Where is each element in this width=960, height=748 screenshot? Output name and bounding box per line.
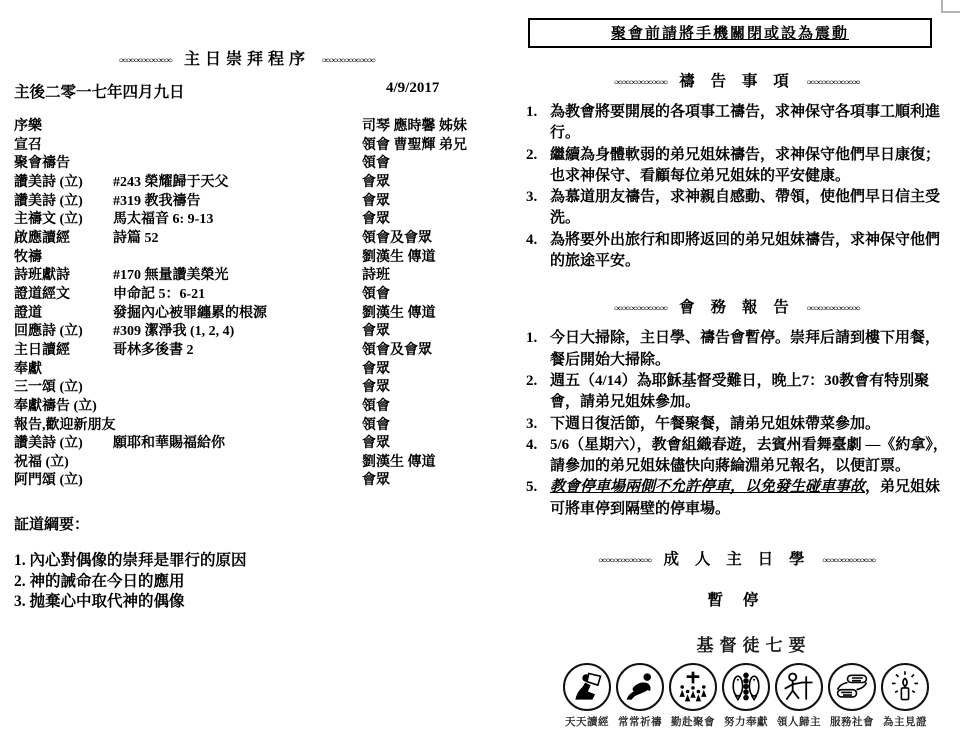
program-row: 牧禱 劉漢生 傳道 [14,249,480,268]
essential-offering: 努力奉獻 [721,663,771,729]
program-item-detail [113,118,362,137]
prayer-item-number: 4. [520,230,550,273]
worship-program-header: ∞∞∞∞∞∞∞ 主日崇拜程序 ∞∞∞∞∞∞∞ [14,50,480,70]
program-item-detail: 發掘內心被罪纏累的根源 [113,305,362,324]
program-item-person: 司琴 應時馨 姊妹 [362,118,480,137]
program-row: 祝福 (立) 劉漢生 傳道 [14,454,480,473]
essential-label: 天天讀經 [565,714,609,729]
order-of-worship-list: 序樂 司琴 應時馨 姊妹 宣召 領會 曹聖輝 弟兄 聚會禱告 領會 讚美詩 (立… [14,118,480,491]
phone-notice-box: 聚會前請將手機關閉或設為震動 [528,18,932,48]
program-item-label: 序樂 [14,118,113,137]
service-date-row: 主後二零一七年四月九日 4/9/2017 [14,80,480,100]
report-item-number: 5. [520,477,550,520]
report-item-text: 5/6（星期六），教會組織春遊，去賓州看舞臺劇 —《約拿》，請參加的弟兄姐妹儘快… [550,435,952,478]
essential-label: 常常祈禱 [618,714,662,729]
program-item-detail [113,472,362,491]
program-row: 序樂 司琴 應時馨 姊妹 [14,118,480,137]
program-item-person: 會眾 [362,174,480,193]
seven-essentials-icons-row: 天天讀經 常常祈禱 [520,663,954,729]
prayer-item: 1. 為教會將要開展的各項事工禱告，求神保守各項事工順利進行。 [520,102,952,145]
program-item-detail [113,398,362,417]
service-date-chinese: 主後二零一七年四月九日 [14,84,185,101]
program-item-person: 領會及會眾 [362,342,480,361]
sunday-school-title: 成 人 主 日 學 [663,550,810,570]
program-item-person: 會眾 [362,193,480,212]
report-item-text: 教會停車場兩側不允許停車，以免發生碰車事故，弟兄姐妹可將車停到隔壁的停車場。 [550,477,952,520]
program-item-detail: #319 教我禱告 [113,193,362,212]
scroll-ornament-left: ∞∞∞∞∞∞∞ [119,53,172,68]
scroll-ornament-right: ∞∞∞∞∞∞∞ [823,553,876,568]
essential-label: 服務社會 [830,714,874,729]
program-item-label: 祝福 (立) [14,454,113,473]
prayer-items-list: 1. 為教會將要開展的各項事工禱告，求神保守各項事工順利進行。 2. 繼續為身體… [520,102,954,272]
program-row: 讚美詩 (立) #319 教我禱告 會眾 [14,193,480,212]
program-item-detail [113,417,362,436]
phone-notice-text: 聚會前請將手機關閉或設為震動 [611,26,849,42]
report-item-number: 1. [520,328,550,371]
scroll-ornament-left: ∞∞∞∞∞∞∞ [614,301,667,316]
announcements-page: 聚會前請將手機關閉或設為震動 ∞∞∞∞∞∞∞ 禱 告 事 項 ∞∞∞∞∞∞∞ 1… [520,0,954,729]
emphasized-text: 教會停車場兩側不允許停車，以免發生碰車事故 [550,479,865,495]
report-item: 4. 5/6（星期六），教會組織春遊，去賓州看舞臺劇 —《約拿》，請參加的弟兄姐… [520,435,952,478]
program-item-person: 劉漢生 傳道 [362,249,480,268]
report-item: 2. 週五（4/14）為耶穌基督受難日，晚上7：30教會有特別聚會，請弟兄姐妹參… [520,371,952,414]
worship-program-title: 主日崇拜程序 [184,50,310,70]
program-item-person: 會眾 [362,211,480,230]
program-item-detail: 哥林多後書 2 [113,342,362,361]
prayer-item: 3. 為慕道朋友禱告，求神親自感動、帶領，使他們早日信主受洗。 [520,187,952,230]
essential-label: 領人歸主 [777,714,821,729]
program-row: 宣召 領會 曹聖輝 弟兄 [14,137,480,156]
program-item-label: 宣召 [14,137,113,156]
program-item-label: 報告,歡迎新朋友 [14,417,113,436]
program-row: 阿門頌 (立) 會眾 [14,472,480,491]
program-row: 證道 發掘內心被罪纏累的根源 劉漢生 傳道 [14,305,480,324]
program-item-person: 會眾 [362,323,480,342]
program-item-detail [113,379,362,398]
essential-label: 為主見證 [883,714,927,729]
cross-congregation-icon [669,663,717,711]
program-item-label: 阿門頌 (立) [14,472,113,491]
program-item-label: 證道 [14,305,113,324]
program-item-label: 三一頌 (立) [14,379,113,398]
essential-label: 勤赴聚會 [671,714,715,729]
report-item-text: 下週日復活節，午餐聚餐，請弟兄姐妹帶菜參加。 [550,414,952,435]
report-item: 1. 今日大掃除，主日學、禱告會暫停。崇拜后請到樓下用餐，餐后開始大掃除。 [520,328,952,371]
report-item: 3. 下週日復活節，午餐聚餐，請弟兄姐妹帶菜參加。 [520,414,952,435]
program-item-detail: 詩篇 52 [113,230,362,249]
program-item-person: 會眾 [362,472,480,491]
program-item-person: 會眾 [362,361,480,380]
sunday-school-status: 暫 停 [520,588,954,610]
prayer-item-number: 2. [520,145,550,188]
prayer-item-text: 繼續為身體軟弱的弟兄姐妹禱告，求神保守他們早日康復；也求神保守、看顧每位弟兄姐妹… [550,145,952,188]
program-item-detail: 馬太福音 6: 9-13 [113,211,362,230]
program-item-detail: 願耶和華賜福給你 [113,435,362,454]
candle-witness-icon [881,663,929,711]
program-row: 奉獻禱告 (立) 領會 [14,398,480,417]
report-item-text: 週五（4/14）為耶穌基督受難日，晚上7：30教會有特別聚會，請弟兄姐妹參加。 [550,371,952,414]
sermon-outline-list: 1. 內心對偶像的崇拜是罪行的原因 2. 神的誡命在今日的應用 3. 抛棄心中取… [14,551,480,613]
program-item-label: 奉獻 [14,361,113,380]
report-item-number: 2. [520,371,550,414]
essential-gathering: 勤赴聚會 [668,663,718,729]
program-row: 奉獻 會眾 [14,361,480,380]
report-item-number: 4. [520,435,550,478]
program-item-label: 讚美詩 (立) [14,435,113,454]
essential-witness: 為主見證 [880,663,930,729]
scroll-ornament-right: ∞∞∞∞∞∞∞ [807,301,860,316]
prayer-section-title: 禱 告 事 項 [679,72,795,92]
program-item-person: 領會 [362,417,480,436]
program-item-detail: #309 潔淨我 (1, 2, 4) [113,323,362,342]
program-item-detail: 申命記 5：6-21 [113,286,362,305]
program-row: 讚美詩 (立) 願耶和華賜福給你 會眾 [14,435,480,454]
essential-bible-reading: 天天讀經 [562,663,612,729]
prayer-item: 4. 為將要外出旅行和即將返回的弟兄姐妹禱告，求神保守他們的旅途平安。 [520,230,952,273]
program-item-label: 詩班獻詩 [14,267,113,286]
sermon-outline-item: 3. 抛棄心中取代神的偶像 [14,592,480,613]
sermon-outline-item: 1. 內心對偶像的崇拜是罪行的原因 [14,551,480,572]
worship-program-page: ∞∞∞∞∞∞∞ 主日崇拜程序 ∞∞∞∞∞∞∞ 主後二零一七年四月九日 4/9/2… [14,50,480,613]
program-item-detail [113,137,362,156]
sermon-outline-title: 証道綱要： [14,515,480,535]
report-item-text: 今日大掃除，主日學、禱告會暫停。崇拜后請到樓下用餐，餐后開始大掃除。 [550,328,952,371]
program-item-detail [113,454,362,473]
essential-label: 努力奉獻 [724,714,768,729]
program-item-label: 聚會禱告 [14,155,113,174]
program-item-person: 會眾 [362,379,480,398]
serving-hands-icon [828,663,876,711]
program-row: 三一頌 (立) 會眾 [14,379,480,398]
program-row: 證道經文 申命記 5：6-21 領會 [14,286,480,305]
program-row: 讚美詩 (立) #243 榮耀歸于天父 會眾 [14,174,480,193]
program-item-person: 詩班 [362,267,480,286]
sermon-outline-item: 2. 神的誡命在今日的應用 [14,572,480,593]
program-row: 主禱文 (立) 馬太福音 6: 9-13 會眾 [14,211,480,230]
program-item-label: 證道經文 [14,286,113,305]
program-item-person: 劉漢生 傳道 [362,454,480,473]
program-item-detail [113,249,362,268]
scroll-ornament-left: ∞∞∞∞∞∞∞ [599,553,652,568]
program-item-person: 領會 [362,286,480,305]
program-item-person: 領會 [362,155,480,174]
essential-service: 服務社會 [827,663,877,729]
service-date-numeric: 4/9/2017 [386,80,439,97]
program-item-label: 回應詩 (立) [14,323,113,342]
program-item-label: 牧禱 [14,249,113,268]
program-item-detail: #170 無量讚美榮光 [113,267,362,286]
scroll-ornament-right: ∞∞∞∞∞∞∞ [322,53,375,68]
program-item-person: 領會 [362,398,480,417]
program-row: 回應詩 (立) #309 潔淨我 (1, 2, 4) 會眾 [14,323,480,342]
scroll-ornament-left: ∞∞∞∞∞∞∞ [614,75,667,90]
program-item-label: 奉獻禱告 (立) [14,398,113,417]
church-bulletin-page: { "ornament": "∞∞∞∞∞∞∞", "left": { "titl… [0,0,960,748]
prayer-item-text: 為將要外出旅行和即將返回的弟兄姐妹禱告，求神保守他們的旅途平安。 [550,230,952,273]
program-item-label: 主日讀經 [14,342,113,361]
program-item-label: 讚美詩 (立) [14,193,113,212]
program-item-person: 會眾 [362,435,480,454]
praying-person-icon [616,663,664,711]
seven-essentials-block: 基督徒七要 天天讀經 [520,636,954,729]
scroll-ornament-right: ∞∞∞∞∞∞∞ [807,75,860,90]
sunday-school-section-header: ∞∞∞∞∞∞∞ 成 人 主 日 學 ∞∞∞∞∞∞∞ [520,550,954,570]
prayer-item-text: 為教會將要開展的各項事工禱告，求神保守各項事工順利進行。 [550,102,952,145]
program-item-label: 讚美詩 (立) [14,174,113,193]
report-item: 5. 教會停車場兩側不允許停車，以免發生碰車事故，弟兄姐妹可將車停到隔壁的停車場… [520,477,952,520]
program-item-person: 劉漢生 傳道 [362,305,480,324]
lead-to-christ-icon [775,663,823,711]
program-item-detail: #243 榮耀歸于天父 [113,174,362,193]
seven-essentials-title: 基督徒七要 [520,636,954,656]
report-section-header: ∞∞∞∞∞∞∞ 會 務 報 告 ∞∞∞∞∞∞∞ [520,298,954,318]
program-row: 主日讀經 哥林多後書 2 領會及會眾 [14,342,480,361]
prayer-item-number: 3. [520,187,550,230]
program-row: 聚會禱告 領會 [14,155,480,174]
prayer-item-text: 為慕道朋友禱告，求神親自感動、帶領，使他們早日信主受洗。 [550,187,952,230]
program-item-label: 主禱文 (立) [14,211,113,230]
program-item-detail [113,361,362,380]
report-item-number: 3. [520,414,550,435]
essential-prayer: 常常祈禱 [615,663,665,729]
program-item-person: 領會及會眾 [362,230,480,249]
program-row: 啟應讀經 詩篇 52 領會及會眾 [14,230,480,249]
essential-evangelism: 領人歸主 [774,663,824,729]
program-row: 詩班獻詩 #170 無量讚美榮光 詩班 [14,267,480,286]
report-section-title: 會 務 報 告 [679,298,795,318]
program-item-detail [113,155,362,174]
report-items-list: 1. 今日大掃除，主日學、禱告會暫停。崇拜后請到樓下用餐，餐后開始大掃除。 2.… [520,328,954,520]
prayer-item: 2. 繼續為身體軟弱的弟兄姐妹禱告，求神保守他們早日康復；也求神保守、看顧每位弟… [520,145,952,188]
program-row: 報告,歡迎新朋友 領會 [14,417,480,436]
bible-reading-icon [563,663,611,711]
program-item-person: 領會 曹聖輝 弟兄 [362,137,480,156]
prayer-item-number: 1. [520,102,550,145]
fish-offering-icon [722,663,770,711]
program-item-label: 啟應讀經 [14,230,113,249]
prayer-section-header: ∞∞∞∞∞∞∞ 禱 告 事 項 ∞∞∞∞∞∞∞ [520,72,954,92]
